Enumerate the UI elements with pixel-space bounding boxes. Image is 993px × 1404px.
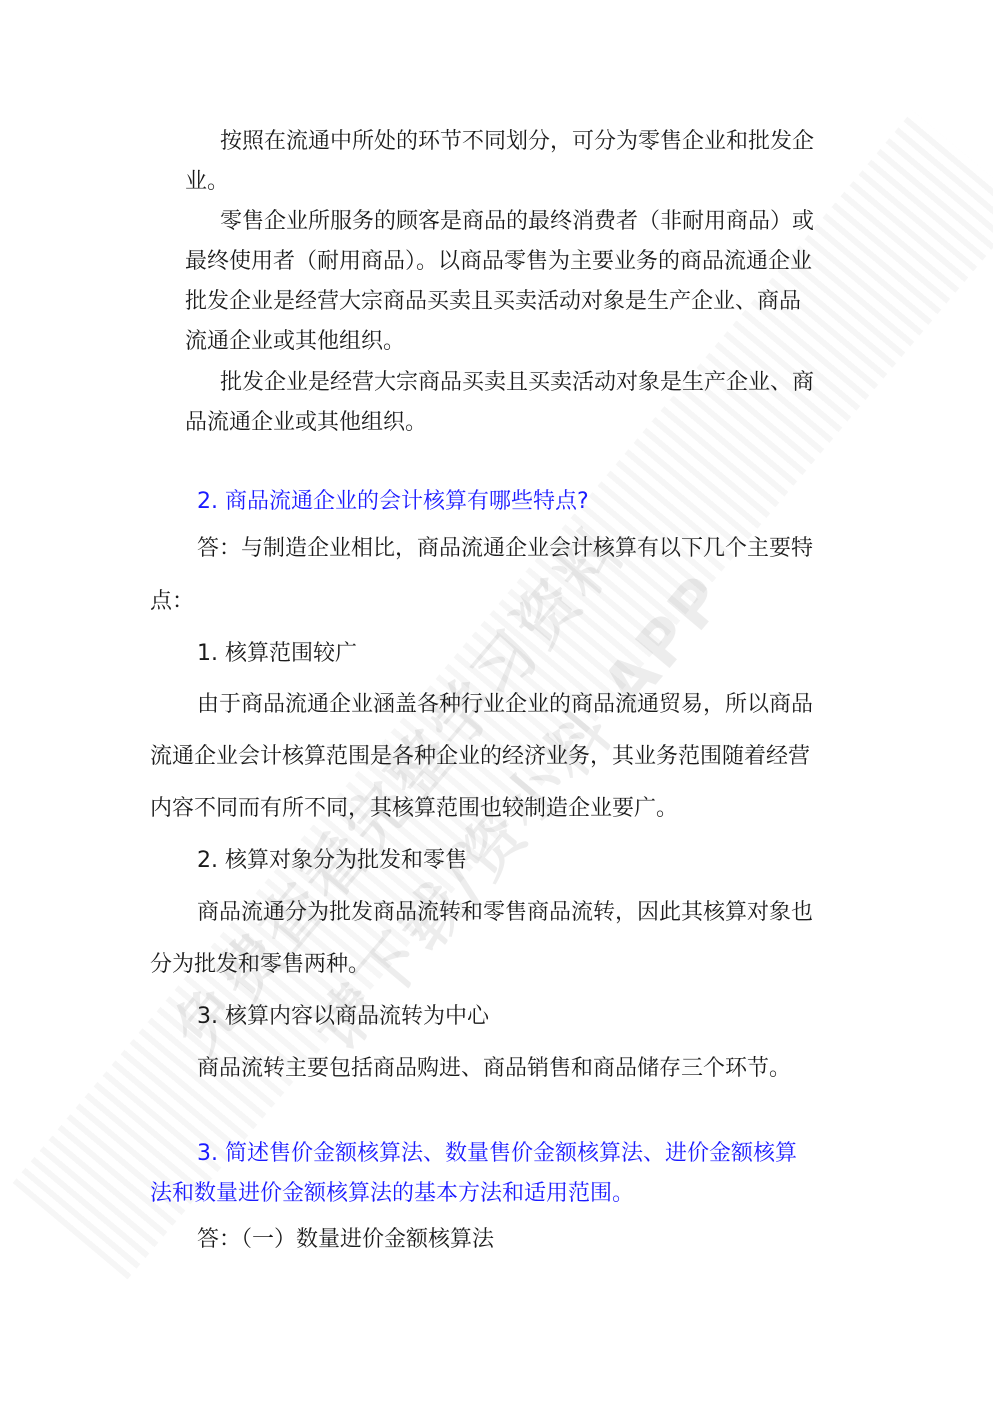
point-line: 商品流转主要包括商品购进、商品销售和商品储存三个环节。 [197, 1054, 791, 1084]
point-line: 内容不同而有所不同，其核算范围也较制造企业要广。 [150, 794, 678, 824]
question-2-title: 2. 商品流通企业的会计核算有哪些特点? [197, 487, 589, 517]
point-line: 流通企业会计核算范围是各种企业的经济业务，其业务范围随着经营 [150, 742, 810, 772]
answer-line: 答：（一）数量进价金额核算法 [197, 1225, 494, 1255]
point-heading: 2. 核算对象分为批发和零售 [197, 846, 467, 876]
paragraph-line: 最终使用者（耐用商品）。以商品零售为主要业务的商品流通企业 [185, 247, 812, 277]
paragraph-line: 品流通企业或其他组织。 [185, 408, 427, 438]
paragraph-line: 按照在流通中所处的环节不同划分，可分为零售企业和批发企 [220, 127, 814, 157]
document-page: 免费查看完整学习资料 请下载/资小料 APP 按照在流通中所处的环节不同划分，可… [0, 0, 993, 1404]
point-line: 由于商品流通企业涵盖各种行业企业的商品流通贸易，所以商品 [197, 690, 813, 720]
paragraph-line: 批发企业是经营大宗商品买卖且买卖活动对象是生产企业、商品 [185, 287, 801, 317]
question-3-title: 3. 简述售价金额核算法、数量售价金额核算法、进价金额核算 [197, 1139, 797, 1169]
point-line: 商品流通分为批发商品流转和零售商品流转，因此其核算对象也 [197, 898, 813, 928]
paragraph-line: 流通企业或其他组织。 [185, 327, 405, 357]
answer-line: 点： [150, 587, 194, 617]
paragraph-line: 零售企业所服务的顾客是商品的最终消费者（非耐用商品）或 [220, 207, 814, 237]
paragraph-line: 批发企业是经营大宗商品买卖且买卖活动对象是生产企业、商 [220, 368, 814, 398]
point-line: 分为批发和零售两种。 [150, 950, 370, 980]
watermark-text-1: 免费查看完整学习资料 [150, 504, 642, 1067]
question-3-title: 法和数量进价金额核算法的基本方法和适用范围。 [150, 1179, 634, 1209]
answer-line: 答：与制造企业相比，商品流通企业会计核算有以下几个主要特 [197, 534, 813, 564]
paragraph-line: 业。 [185, 167, 229, 197]
point-heading: 1. 核算范围较广 [197, 639, 357, 669]
point-heading: 3. 核算内容以商品流转为中心 [197, 1002, 489, 1032]
